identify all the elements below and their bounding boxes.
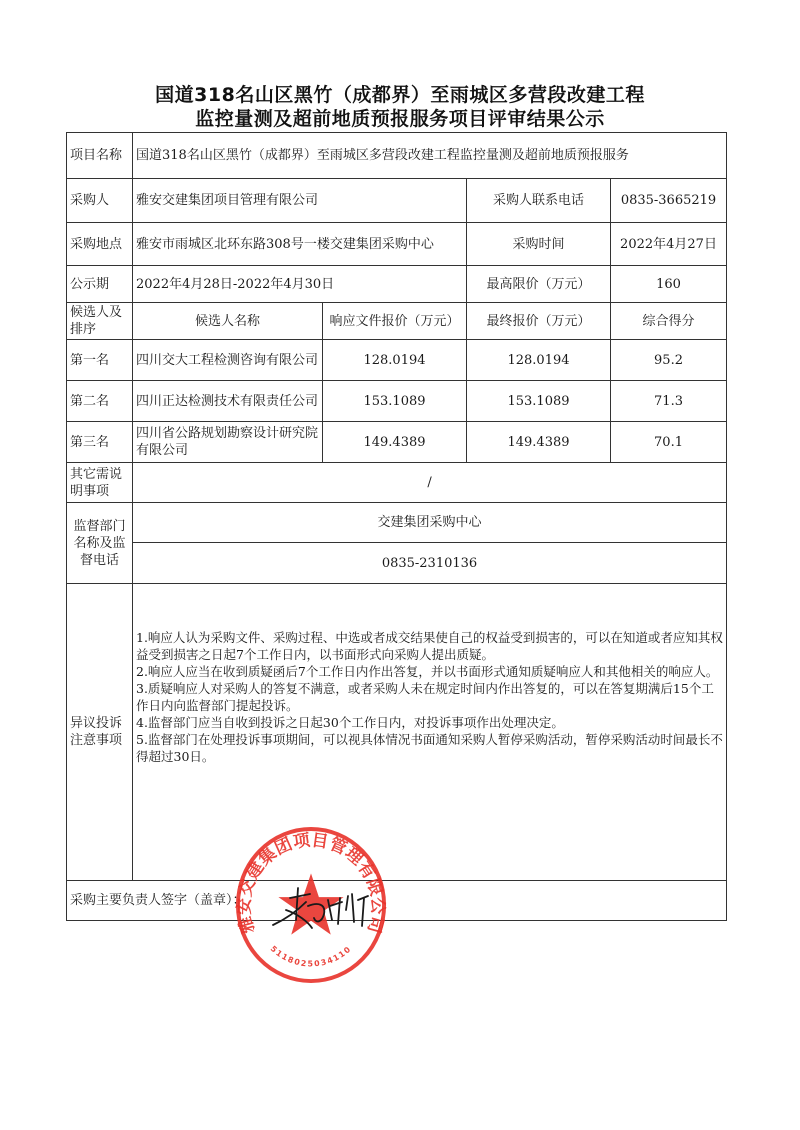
row-supervision-dept: 监督部门名称及监督电话 交建集团采购中心 [67,503,727,543]
candidates-header-row: 候选人及排序 候选人名称 响应文件报价（万元） 最终报价（万元） 综合得分 [67,303,727,340]
purchase-time-value: 2022年4月27日 [611,223,727,266]
purchaser-label: 采购人 [67,179,133,223]
row-signature: 采购主要负责人签字（盖章）： [67,881,727,921]
header-name: 候选人名称 [133,303,323,340]
complaint-item: 4.监督部门应当自收到投诉之日起30个工作日内，对投诉事项作出处理决定。 [136,714,723,731]
supervision-phone: 0835-2310136 [133,543,727,584]
header-score: 综合得分 [611,303,727,340]
purchaser-phone-value: 0835-3665219 [611,179,727,223]
max-price-value: 160 [611,266,727,303]
row-publicity: 公示期 2022年4月28日-2022年4月30日 最高限价（万元） 160 [67,266,727,303]
publicity-period-value: 2022年4月28日-2022年4月30日 [133,266,467,303]
candidate-score: 70.1 [611,422,727,463]
row-other-matters: 其它需说明事项 / [67,463,727,503]
complaints-label: 异议投诉注意事项 [67,584,133,881]
candidate-response-price: 149.4389 [323,422,467,463]
row-project-name: 项目名称 国道318名山区黑竹（成都界）至雨城区多营段改建工程监控量测及超前地质… [67,133,727,179]
supervision-label: 监督部门名称及监督电话 [67,503,133,584]
candidate-row: 第三名 四川省公路规划勘察设计研究院有限公司 149.4389 149.4389… [67,422,727,463]
candidate-final-price: 149.4389 [467,422,611,463]
document-title-line1: 国道318名山区黑竹（成都界）至雨城区多营段改建工程 [0,80,800,107]
candidate-response-price: 128.0194 [323,340,467,381]
svg-text:5118025034110: 5118025034110 [269,944,354,968]
max-price-label: 最高限价（万元） [467,266,611,303]
candidate-final-price: 128.0194 [467,340,611,381]
candidate-final-price: 153.1089 [467,381,611,422]
row-purchaser: 采购人 雅安交建集团项目管理有限公司 采购人联系电话 0835-3665219 [67,179,727,223]
location-value: 雅安市雨城区北环东路308号一楼交建集团采购中心 [133,223,467,266]
supervision-department: 交建集团采购中心 [133,503,727,543]
signature-label: 采购主要负责人签字（盖章）： [67,881,727,921]
purchaser-phone-label: 采购人联系电话 [467,179,611,223]
candidate-response-price: 153.1089 [323,381,467,422]
row-supervision-phone: 0835-2310136 [67,543,727,584]
project-name-value: 国道318名山区黑竹（成都界）至雨城区多营段改建工程监控量测及超前地质预报服务 [133,133,727,179]
row-complaints: 异议投诉注意事项 1.响应人认为采购文件、采购过程、中选或者成交结果使自己的权益… [67,584,727,881]
candidate-score: 95.2 [611,340,727,381]
complaint-item: 2.响应人应当在收到质疑函后7个工作日内作出答复，并以书面形式通知质疑响应人和其… [136,663,723,680]
complaint-item: 1.响应人认为采购文件、采购过程、中选或者成交结果使自己的权益受到损害的，可以在… [136,629,723,663]
candidate-rank: 第一名 [67,340,133,381]
purchase-time-label: 采购时间 [467,223,611,266]
candidate-row: 第二名 四川正达检测技术有限责任公司 153.1089 153.1089 71.… [67,381,727,422]
candidate-rank: 第三名 [67,422,133,463]
header-response-price: 响应文件报价（万元） [323,303,467,340]
header-final-price: 最终报价（万元） [467,303,611,340]
location-label: 采购地点 [67,223,133,266]
candidate-score: 71.3 [611,381,727,422]
candidate-rank: 第二名 [67,381,133,422]
candidate-name: 四川交大工程检测咨询有限公司 [133,340,323,381]
other-matters-value: / [133,463,727,503]
stamp-code: 5118025034110 [269,944,354,968]
header-rank: 候选人及排序 [67,303,133,340]
candidate-row: 第一名 四川交大工程检测咨询有限公司 128.0194 128.0194 95.… [67,340,727,381]
document-title-line2: 监控量测及超前地质预报服务项目评审结果公示 [0,104,800,131]
other-matters-label: 其它需说明事项 [67,463,133,503]
result-table: 项目名称 国道318名山区黑竹（成都界）至雨城区多营段改建工程监控量测及超前地质… [66,132,727,921]
row-location: 采购地点 雅安市雨城区北环东路308号一楼交建集团采购中心 采购时间 2022年… [67,223,727,266]
candidate-name: 四川省公路规划勘察设计研究院有限公司 [133,422,323,463]
publicity-period-label: 公示期 [67,266,133,303]
complaint-item: 3.质疑响应人对采购人的答复不满意，或者采购人未在规定时间内作出答复的，可以在答… [136,680,723,714]
complaints-notes: 1.响应人认为采购文件、采购过程、中选或者成交结果使自己的权益受到损害的，可以在… [133,584,727,881]
candidate-name: 四川正达检测技术有限责任公司 [133,381,323,422]
purchaser-value: 雅安交建集团项目管理有限公司 [133,179,467,223]
complaint-item: 5.监督部门在处理投诉事项期间，可以视具体情况书面通知采购人暂停采购活动，暂停采… [136,731,723,765]
project-name-label: 项目名称 [67,133,133,179]
